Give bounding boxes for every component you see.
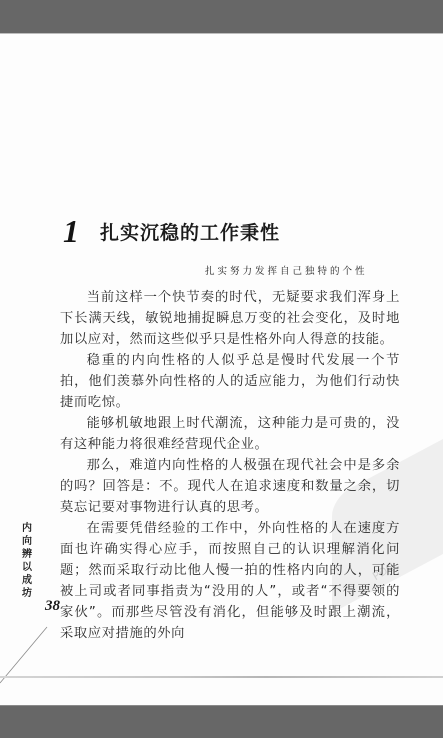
chapter-title: 扎实沉稳的工作秉性 <box>100 224 280 243</box>
paragraph: 当前这样一个快节奏的时代，无疑要求我们浑身上下长满天线，敏锐地捕捉瞬息万变的社会… <box>60 287 400 350</box>
page-number: 38 <box>45 598 60 615</box>
body-text: 当前这样一个快节奏的时代，无疑要求我们浑身上下长满天线，敏锐地捕捉瞬息万变的社会… <box>60 287 400 644</box>
viewer-bottom-bar <box>0 705 443 738</box>
paragraph: 那么，难道内向性格的人极强在现代社会中是多余的吗？回答是：不。现代人在追求速度和… <box>60 455 400 518</box>
paragraph: 在需要凭借经验的工作中，外向性格的人在速度方面也许确实得心应手，而按照自己的认识… <box>60 518 400 644</box>
viewer-top-bar <box>0 0 443 34</box>
page-bottom-edge <box>0 676 443 678</box>
chapter-subtitle: 扎实努力发挥自己独特的个性 <box>205 263 368 277</box>
chapter-number: 1 <box>63 215 79 247</box>
paragraph: 稳重的内向性格的人似乎总是慢时代发展一个节拍，他们羡慕外向性格的人的适应能力，为… <box>60 350 400 413</box>
paragraph: 能够机敏地跟上时代潮流，这种能力是可贵的，没有这种能力将很难经营现代企业。 <box>60 413 400 455</box>
